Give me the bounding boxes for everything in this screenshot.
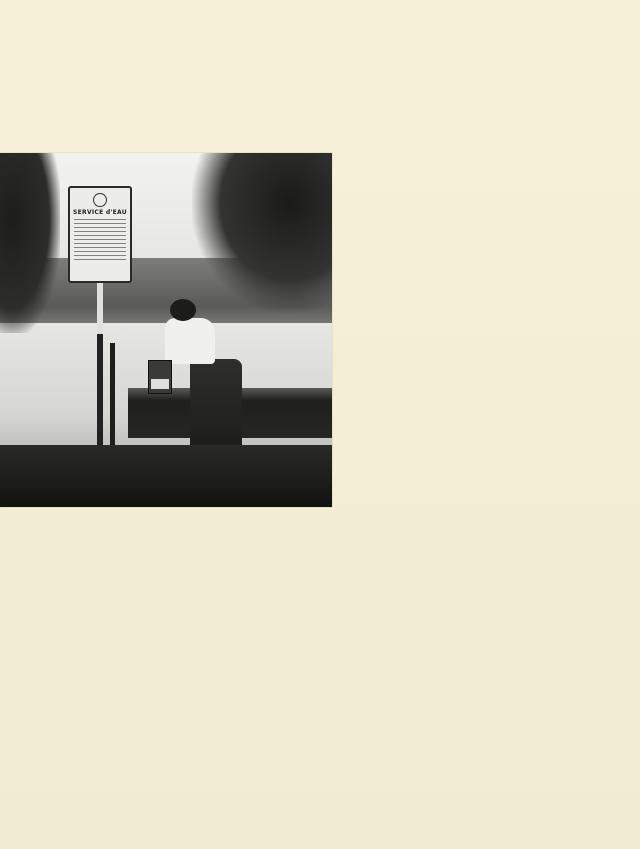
sign-title: SERVICE d'EAU — [70, 209, 130, 216]
album-page: SERVICE d'EAU — [0, 0, 640, 849]
water-service-sign: SERVICE d'EAU — [68, 186, 132, 283]
woman-head — [170, 299, 196, 321]
emblem-icon — [93, 193, 107, 207]
tree-right — [192, 153, 332, 313]
woman-blouse — [165, 318, 215, 364]
sign-post — [97, 283, 103, 453]
sign-text-lines — [74, 219, 126, 263]
can-label — [151, 379, 169, 389]
watering-can — [148, 360, 172, 394]
ground-shadow — [0, 445, 332, 507]
woman-skirt — [190, 359, 242, 459]
photograph: SERVICE d'EAU — [0, 153, 332, 507]
tree-left — [0, 153, 60, 333]
